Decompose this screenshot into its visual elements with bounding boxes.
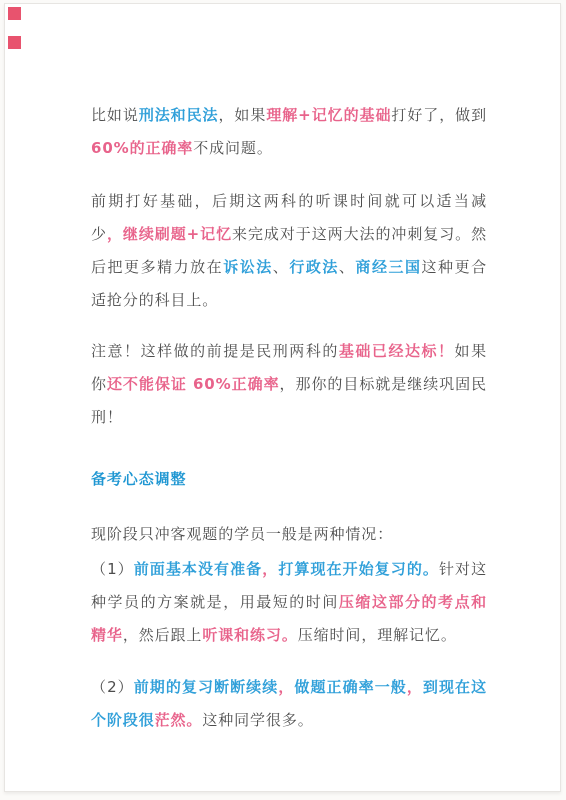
paragraph: （2）前期的复习断断续续，做题正确率一般，到现在这个阶段很茫然。这种同学很多。 [91,671,487,737]
decor-square-bottom [8,36,21,49]
paragraph: （1）前面基本没有准备，打算现在开始复习的。针对这种学员的方案就是，用最短的时间… [91,553,487,652]
text-run: 打算现在开始复习的。 [278,560,439,578]
text-run: （1） [91,560,134,578]
paragraph: 现阶段只冲客观题的学员一般是两种情况： [91,518,487,551]
text-run: 、 [273,258,290,276]
text-run: 前面基本没有准备 [134,560,263,578]
paragraph: 前期打好基础，后期这两科的听课时间就可以适当减少，继续刷题+记忆来完成对于这两大… [91,185,487,317]
text-run: 做题正确率一般 [294,678,406,696]
text-run: 压缩时间，理解记忆。 [298,626,457,644]
text-run: （2） [91,678,134,696]
text-run: 比如说 [91,106,139,124]
text-run: 听课和练习。 [202,626,297,644]
text-run: 不成问题。 [193,139,273,157]
text-run: 备考心态调整 [91,470,186,488]
text-run: 注意！这样做的前提是民刑两科的 [91,342,339,360]
text-run: 商经三国 [355,258,421,276]
text-run: 打好了，做到 [391,106,487,124]
text-run: ， [407,678,423,696]
text-run: 、 [339,258,356,276]
text-run: 理解+记忆的基础 [266,106,391,124]
paragraph: 注意！这样做的前提是民刑两科的基础已经达标！如果你还不能保证 60%正确率，那你… [91,335,487,434]
text-run: 基础已经达标！ [339,342,455,360]
text-run: ，如果 [219,106,267,124]
text-run: ， [278,678,294,696]
decor-square-top [8,7,21,20]
text-run: 这种同学很多。 [202,711,313,729]
text-run: 前期的复习断断续续 [134,678,279,696]
text-run: ，继续刷题+记忆 [107,225,232,243]
text-run: 现阶段只冲客观题的学员一般是两种情况： [91,525,393,543]
paragraph: 比如说刑法和民法，如果理解+记忆的基础打好了，做到 60%的正确率不成问题。 [91,99,487,165]
text-run: 60%的正确率 [91,139,193,157]
article-body: 比如说刑法和民法，如果理解+记忆的基础打好了，做到 60%的正确率不成问题。前期… [91,99,487,737]
text-run: 刑法和民法 [139,106,219,124]
document-page: 比如说刑法和民法，如果理解+记忆的基础打好了，做到 60%的正确率不成问题。前期… [4,3,561,792]
text-run: ， [262,560,278,578]
text-run: ，然后跟上 [123,626,203,644]
text-run: 行政法 [289,258,339,276]
text-run: 茫然。 [155,711,203,729]
text-run: 诉讼法 [223,258,273,276]
text-run: 还不能保证 60%正确率 [107,375,280,393]
section-heading: 备考心态调整 [91,463,487,496]
